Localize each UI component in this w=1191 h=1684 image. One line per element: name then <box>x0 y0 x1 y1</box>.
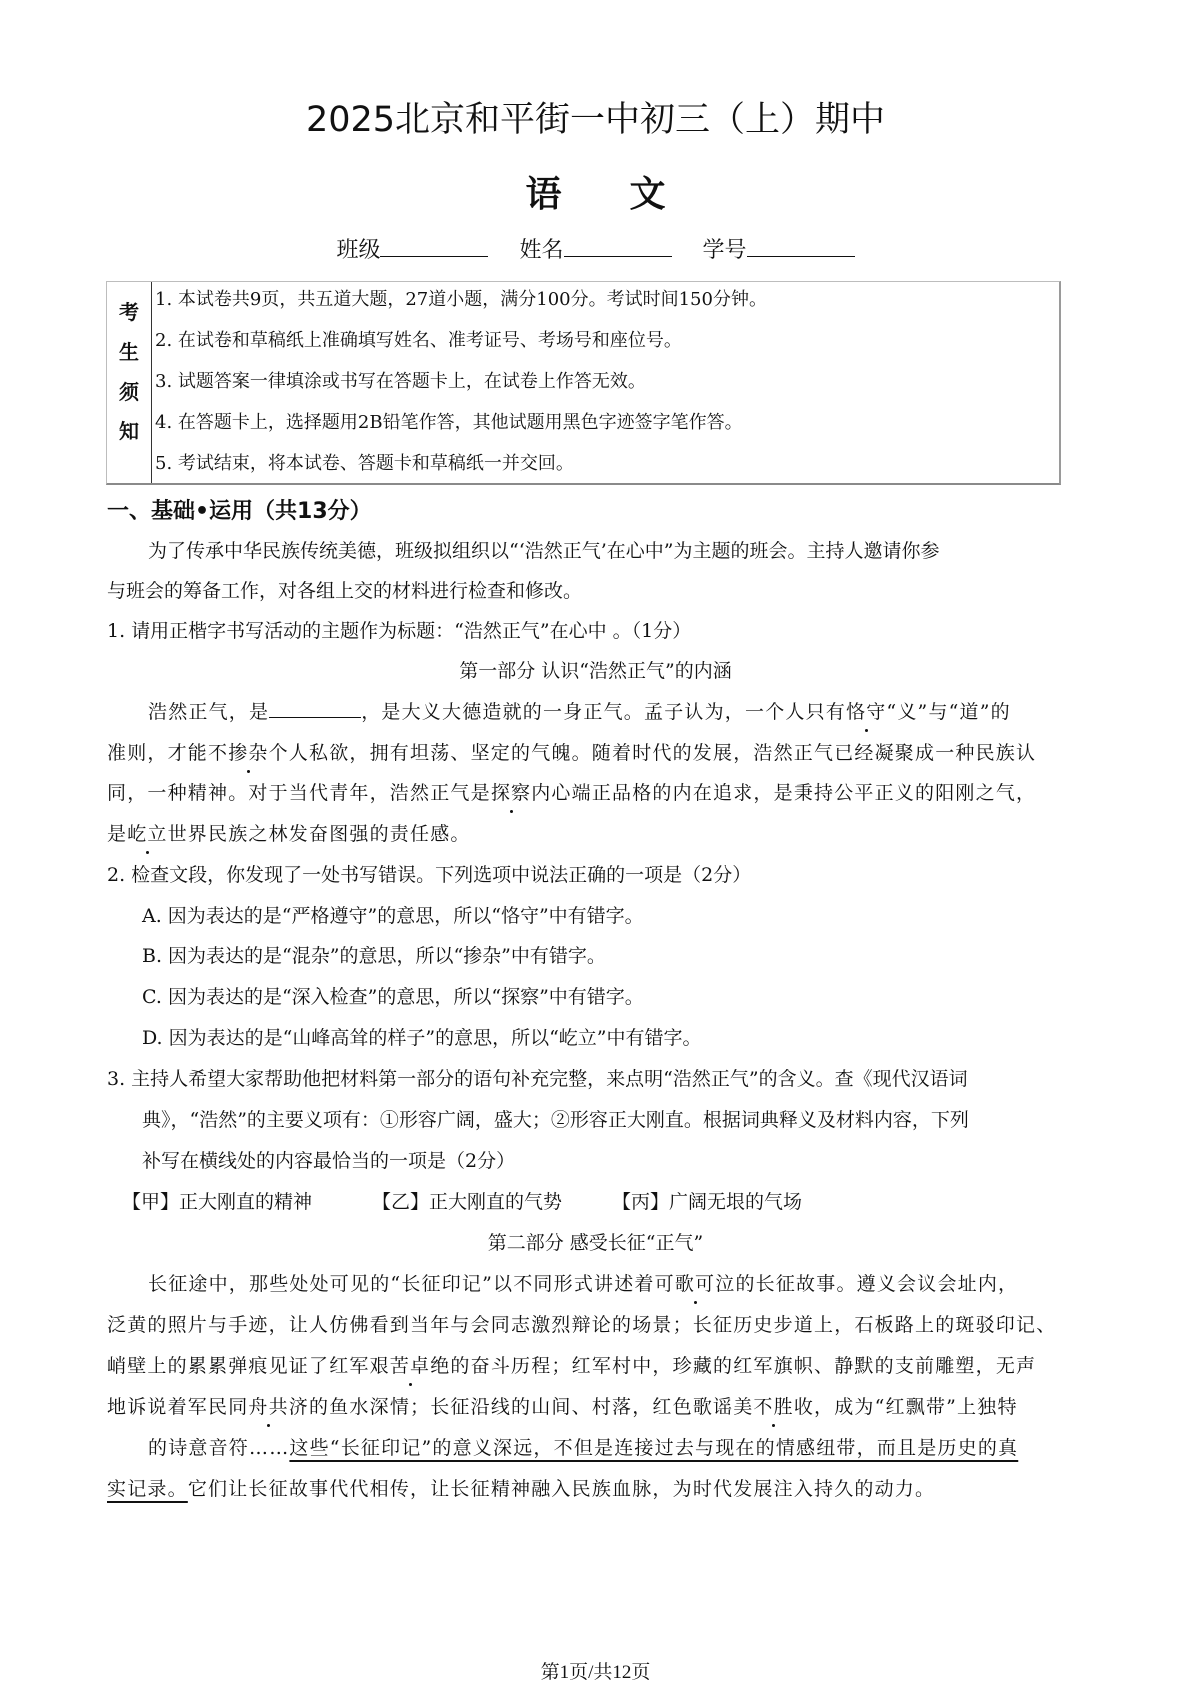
q2-option-a[interactable]: A. 因为表达的是“严格遵守”的意思，所以“恪守”中有错字。 <box>142 901 644 928</box>
passage1-line: 是屹立世界民族之林发奋图强的责任感。 <box>107 819 471 846</box>
passage2-line: 峭壁上的累累弹痕见证了红军艰苦卓绝的奋斗历程；红军村中，珍藏的红军旗帜、静默的支… <box>107 1351 1036 1378</box>
question-3-stem: 典》，“浩然”的主要义项有：①形容广阔，盛大；②形容正大刚直。根据词典释义及材料… <box>142 1105 969 1132</box>
part2-title: 第二部分 感受长征“正气” <box>0 1228 1191 1255</box>
subject-title: 语文 <box>0 166 1191 217</box>
passage1-line: 同，一种精神。对于当代青年，浩然正气是探察内心端正品格的内在追求，是秉持公平正义… <box>107 778 1036 805</box>
passage1-line: 准则，才能不掺杂个人私欲，拥有坦荡、坚定的气魄。随着时代的发展，浩然正气已经凝聚… <box>107 738 1036 765</box>
q3-choice-yi[interactable]: 【乙】正大刚直的气势 <box>372 1187 562 1214</box>
q3-choice-jia[interactable]: 【甲】正大刚直的精神 <box>122 1187 312 1214</box>
exam-notice-box: 考 生 须 知 1. 本试卷共9页，共五道大题，27道小题，满分100分。考试时… <box>106 281 1061 485</box>
passage2-line: 长征途中，那些处处可见的“长征印记”以不同形式讲述着可歌可泣的长征故事。遵义会议… <box>148 1269 1018 1296</box>
notice-item: 1. 本试卷共9页，共五道大题，27道小题，满分100分。考试时间150分钟。 <box>155 285 767 311</box>
dotted-word: 屹立 <box>127 823 167 845</box>
dotted-word: 美不胜收 <box>733 1396 814 1418</box>
answer-blank[interactable] <box>269 699 361 718</box>
passage2-line: 的诗意音符……这些“长征印记”的意义深远，不但是连接过去与现在的情感纽带，而且是… <box>148 1433 1018 1460</box>
underlined-sentence: 这些“长征印记”的意义深远，不但是连接过去与现在的情感纽带，而且是历史的真 <box>289 1437 1018 1459</box>
name-blank[interactable] <box>564 236 672 257</box>
class-field[interactable]: 班级 <box>336 233 488 264</box>
q3-choice-bing[interactable]: 【丙】广阔无垠的气场 <box>612 1187 802 1214</box>
page-number: 第1页/共12页 <box>0 1657 1191 1684</box>
student-info-fields: 班级 姓名 学号 <box>0 233 1191 264</box>
passage2-line: 地诉说着军民同舟共济的鱼水深情；长征沿线的山间、村落，红色歌谣美不胜收，成为“红… <box>107 1392 1018 1419</box>
student-id-blank[interactable] <box>747 236 855 257</box>
question-2-stem: 2. 检查文段，你发现了一处书写错误。下列选项中说法正确的一项是（2分） <box>107 860 751 887</box>
part1-title: 第一部分 认识“浩然正气”的内涵 <box>0 656 1191 683</box>
question-3-stem: 补写在横线处的内容最恰当的一项是（2分） <box>142 1146 515 1173</box>
intro-line: 与班会的筹备工作，对各组上交的材料进行检查和修改。 <box>107 576 582 603</box>
dotted-word: 掺杂 <box>228 742 268 764</box>
notice-item: 4. 在答题卡上，选择题用2B铅笔作答，其他试题用黑色字迹签字笔作答。 <box>155 408 743 434</box>
q2-option-b[interactable]: B. 因为表达的是“混杂”的意思，所以“掺杂”中有错字。 <box>142 941 606 968</box>
notice-item: 2. 在试卷和草稿纸上准确填写姓名、准考证号、考场号和座位号。 <box>155 326 682 352</box>
underlined-sentence: 实记录。 <box>107 1478 188 1500</box>
dotted-word: 同舟共济 <box>228 1396 309 1418</box>
q2-option-c[interactable]: C. 因为表达的是“深入检查”的意思，所以“探察”中有错字。 <box>142 982 644 1009</box>
dotted-word: 艰苦卓绝 <box>370 1355 451 1377</box>
notice-item: 5. 考试结束，将本试卷、答题卡和草稿纸一并交回。 <box>155 449 574 475</box>
dotted-word: 探察 <box>491 782 531 804</box>
subject-char: 语 <box>525 166 561 217</box>
class-blank[interactable] <box>380 236 488 257</box>
notice-side-label: 考 生 须 知 <box>107 282 152 483</box>
passage1-line: 浩然正气，是，是大义大德造就的一身正气。孟子认为，一个人只有恪守“义”与“道”的 <box>148 697 1011 724</box>
section-heading: 一、基础•运用（共13分） <box>107 494 372 525</box>
exam-title: 2025北京和平街一中初三（上）期中 <box>0 92 1191 142</box>
student-id-field[interactable]: 学号 <box>703 233 855 264</box>
notice-item: 3. 试题答案一律填涂或书写在答题卡上，在试卷上作答无效。 <box>155 367 646 393</box>
q2-option-d[interactable]: D. 因为表达的是“山峰高耸的样子”的意思，所以“屹立”中有错字。 <box>142 1023 702 1050</box>
passage2-line: 实记录。它们让长征故事代代相传，让长征精神融入民族血脉，为时代发展注入持久的动力… <box>107 1474 935 1501</box>
intro-line: 为了传承中华民族传统美德，班级拟组织以“‘浩然正气’在心中”为主题的班会。主持人… <box>148 536 940 563</box>
name-field[interactable]: 姓名 <box>519 233 671 264</box>
question-1: 1. 请用正楷字书写活动的主题作为标题：“浩然正气”在心中 。（1分） <box>107 616 691 643</box>
passage2-line: 泛黄的照片与手迹，让人仿佛看到当年与会同志激烈辩论的场景；长征历史步道上，石板路… <box>107 1310 1056 1337</box>
question-3-stem: 3. 主持人希望大家帮助他把材料第一部分的语句补充完整，来点明“浩然正气”的含义… <box>107 1064 968 1091</box>
dotted-word: 恪守 <box>846 701 886 723</box>
dotted-word: 可歌可泣 <box>655 1273 736 1295</box>
subject-char: 文 <box>630 166 666 217</box>
